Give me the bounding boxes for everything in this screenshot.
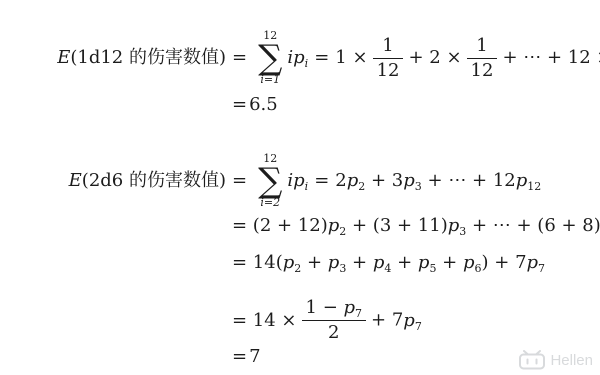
- math-token: +: [346, 252, 373, 273]
- equation-2d6-step3-line: = 14 ×1 − p72+ 7p7: [0, 299, 600, 342]
- subscript: 2: [339, 225, 346, 238]
- math-token: + ⋯ + (6 + 8): [466, 215, 600, 236]
- expectation-symbol: E: [57, 47, 70, 68]
- math-token: + 7: [371, 310, 403, 331]
- p-term: p3: [328, 252, 347, 273]
- fraction-denominator: 2: [302, 320, 367, 342]
- equals-sign: =: [232, 170, 247, 191]
- var-p: p: [448, 215, 460, 236]
- subscript: 7: [538, 262, 545, 275]
- p-term: p2: [347, 170, 366, 191]
- math-token: 1 ×: [335, 47, 367, 68]
- p-term: p4: [373, 252, 392, 273]
- equals-sign: =: [232, 94, 247, 115]
- equation-2d6-step1-line: = (2 + 12)p2 + (3 + 11)p3 + ⋯ + (6 + 8)p…: [0, 214, 600, 238]
- subscript-i: i: [305, 57, 309, 70]
- subscript: 5: [429, 262, 436, 275]
- math-token: +: [391, 252, 418, 273]
- summand-ipi: ipi: [287, 47, 308, 68]
- equation-2d6-step2-line: = 14(p2 + p3 + p4 + p5 + p6) + 7p7: [0, 251, 600, 275]
- math-token: 2: [335, 170, 346, 191]
- math-token: = 14 ×: [232, 310, 297, 331]
- var-p: p: [347, 170, 359, 191]
- var-p: p: [283, 252, 295, 273]
- watermark-username: Hellen: [550, 352, 593, 369]
- var-p: p: [527, 252, 539, 273]
- fraction-numerator: 1: [472, 37, 491, 58]
- fraction-1-minus-p7-over-2: 1 − p72: [302, 299, 367, 342]
- math-token: + ⋯ + 12: [422, 170, 516, 191]
- var-p: p: [463, 252, 475, 273]
- subscript: 7: [355, 307, 362, 320]
- math-token: +: [436, 252, 463, 273]
- sigma-symbol: ∑: [258, 42, 282, 74]
- equation-2d6-result-line: =7: [0, 345, 600, 369]
- p-term: p2: [328, 215, 347, 236]
- var-p: p: [328, 215, 340, 236]
- equation-1d12-result-line: =6.5: [0, 93, 600, 117]
- subscript: 4: [384, 262, 391, 275]
- p-term: p2: [283, 252, 302, 273]
- bilibili-tv-icon: [519, 350, 545, 370]
- equation-2d6-line: E(2d6 的伤害数值)=12∑i=2ipi=2p2 + 3p3 + ⋯ + 1…: [0, 153, 600, 209]
- summand-ipi: ipi: [287, 170, 308, 191]
- fraction-denominator: 12: [373, 58, 404, 80]
- subscript-i: i: [305, 180, 309, 193]
- var-p: p: [328, 252, 340, 273]
- result-value: 7: [249, 346, 260, 367]
- math-token: ) + 7: [482, 252, 527, 273]
- equals-sign: =: [314, 170, 329, 191]
- math-token: + ⋯ + 12 ×: [502, 47, 600, 68]
- subscript: 3: [415, 180, 422, 193]
- p-term: p3: [403, 170, 422, 191]
- p-term: p7: [403, 310, 422, 331]
- equation-2d6-lhs: E(2d6 的伤害数值): [0, 169, 226, 193]
- var-p: p: [293, 170, 305, 191]
- summation-1d12: 12∑i=1: [258, 30, 282, 86]
- equation-1d12-lhs: E(1d12 的伤害数值): [0, 46, 226, 70]
- expectation-symbol: E: [69, 170, 82, 191]
- var-p: p: [403, 170, 415, 191]
- fraction-numerator: 1: [378, 37, 397, 58]
- var-p: p: [373, 252, 385, 273]
- subscript: 3: [339, 262, 346, 275]
- p-term: p5: [418, 252, 437, 273]
- equals-sign: =: [314, 47, 329, 68]
- summation-2d6: 12∑i=2: [258, 153, 282, 209]
- subscript: 2: [294, 262, 301, 275]
- var-p: p: [293, 47, 305, 68]
- equals-sign: =: [232, 47, 247, 68]
- p-term: p6: [463, 252, 482, 273]
- subscript: 3: [459, 225, 466, 238]
- equation-2d6-arg: (2d6 的伤害数值): [82, 170, 226, 191]
- sum-lower-limit: i=2: [260, 197, 280, 209]
- equation-1d12-arg: (1d12 的伤害数值): [70, 47, 226, 68]
- result-value: 6.5: [249, 94, 278, 115]
- math-derivation-page: E(1d12 的伤害数值)=12∑i=1ipi=1 ×112+ 2 ×112+ …: [0, 0, 600, 375]
- math-token: = (2 + 12): [232, 215, 328, 236]
- sum-lower-limit: i=1: [260, 74, 280, 86]
- subscript: 12: [527, 180, 541, 193]
- var-p: p: [418, 252, 430, 273]
- p-term: p7: [527, 252, 546, 273]
- math-token: 1 −: [306, 297, 344, 318]
- math-token: + (3 + 11): [346, 215, 447, 236]
- fraction-numerator: 1 − p7: [302, 299, 367, 320]
- math-token: + 2 ×: [408, 47, 461, 68]
- var-p: p: [344, 297, 356, 318]
- fraction-1-12: 112: [373, 37, 404, 80]
- watermark: Hellen: [519, 350, 593, 370]
- var-p: p: [403, 310, 415, 331]
- fraction-denominator: 12: [467, 58, 498, 80]
- sigma-symbol: ∑: [258, 165, 282, 197]
- p-term: p12: [516, 170, 542, 191]
- math-token: +: [301, 252, 328, 273]
- math-token: = 14(: [232, 252, 283, 273]
- subscript: 7: [415, 320, 422, 333]
- subscript: 6: [475, 262, 482, 275]
- subscript: 2: [358, 180, 365, 193]
- p-term: p3: [448, 215, 467, 236]
- var-p: p: [516, 170, 528, 191]
- equation-1d12-line: E(1d12 的伤害数值)=12∑i=1ipi=1 ×112+ 2 ×112+ …: [0, 30, 600, 86]
- math-token: + 3: [365, 170, 403, 191]
- equals-sign: =: [232, 346, 247, 367]
- fraction-1-12: 112: [467, 37, 498, 80]
